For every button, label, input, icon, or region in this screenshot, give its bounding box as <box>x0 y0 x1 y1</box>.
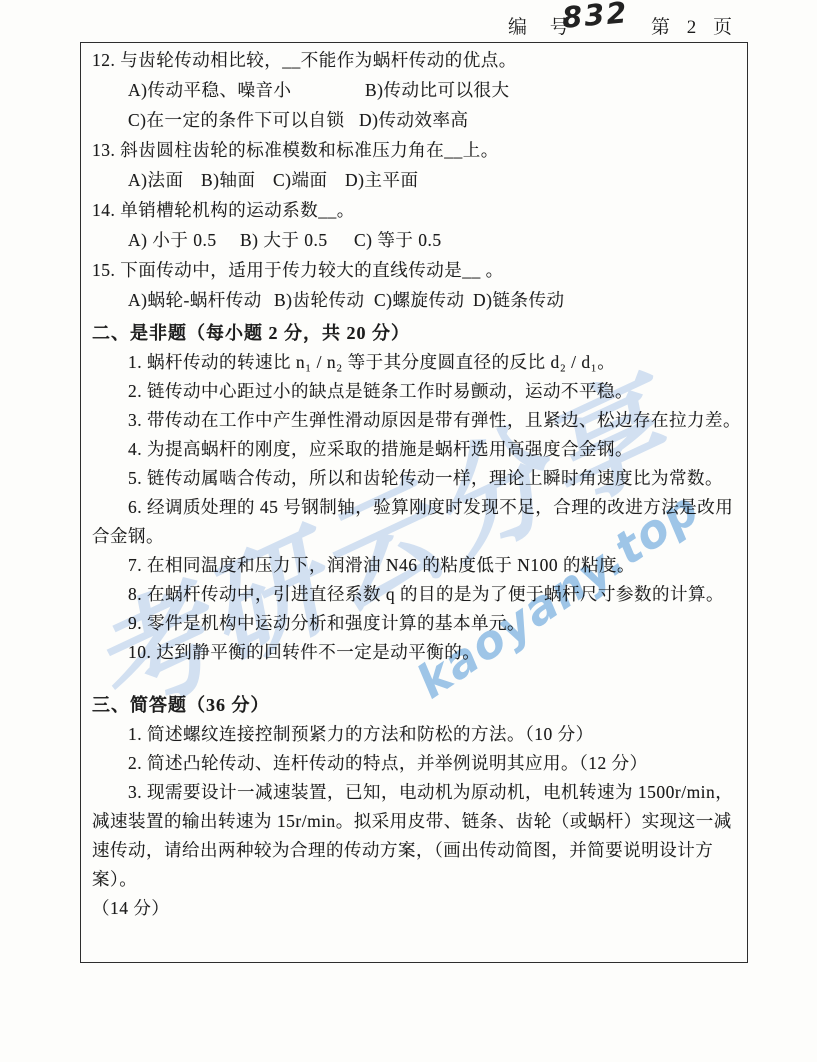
short-answer-block: 三、简答题（36 分） 1. 简述螺纹连接控制预紧力的方法和防松的方法。（10 … <box>92 691 742 923</box>
tf-item-8: 8. 在蜗杆传动中，引进直径系数 q 的目的是为了便于蜗杆尺寸参数的计算。 <box>92 580 742 609</box>
multiple-choice-block: 12. 与齿轮传动相比较，__不能作为蜗杆传动的优点。 A)传动平稳、噪音小B)… <box>92 45 742 315</box>
header-page-number: 第 2 页 <box>651 12 738 39</box>
sa-item-1: 1. 简述螺纹连接控制预紧力的方法和防松的方法。（10 分） <box>92 720 742 749</box>
question-14-stem: 14. 单销槽轮机构的运动系数__。 <box>92 195 742 225</box>
exam-content: 12. 与齿轮传动相比较，__不能作为蜗杆传动的优点。 A)传动平稳、噪音小B)… <box>92 45 742 923</box>
option-15-d: D)链条传动 <box>473 285 564 315</box>
option-13-a: A)法面 <box>128 165 201 195</box>
tf-item-1: 1. 蜗杆传动的转速比 n₁ / n₂ 等于其分度圆直径的反比 d₂ / d₁。 <box>92 348 742 377</box>
question-12-options-row-2: C)在一定的条件下可以自锁D)传动效率高 <box>92 105 742 135</box>
tf-item-9: 9. 零件是机构中运动分析和强度计算的基本单元。 <box>92 609 742 638</box>
option-15-b: B)齿轮传动 <box>274 285 374 315</box>
question-13-stem: 13. 斜齿圆柱齿轮的标准模数和标准压力角在__上。 <box>92 135 742 165</box>
question-13-options-row: A)法面B)轴面C)端面D)主平面 <box>92 165 742 195</box>
tf-section-title: 二、是非题（每小题 2 分，共 20 分） <box>92 319 742 348</box>
option-13-b: B)轴面 <box>201 165 273 195</box>
tf-item-4: 4. 为提高蜗杆的刚度，应采取的措施是蜗杆选用高强度合金钢。 <box>92 435 742 464</box>
option-12-c: C)在一定的条件下可以自锁 <box>128 105 359 135</box>
option-12-d: D)传动效率高 <box>359 105 468 135</box>
question-12-options-row-1: A)传动平稳、噪音小B)传动比可以很大 <box>92 75 742 105</box>
sa-item-2: 2. 简述凸轮传动、连杆传动的特点，并举例说明其应用。（12 分） <box>92 749 742 778</box>
sa-item-3-line-2: 减速装置的输出转速为 15r/min。拟采用皮带、链条、齿轮（或蜗杆）实现这一减 <box>92 807 742 836</box>
header-code-value-handwritten: 832 <box>561 0 630 35</box>
tf-item-2: 2. 链传动中心距过小的缺点是链条工作时易颤动，运动不平稳。 <box>92 377 742 406</box>
true-false-block: 二、是非题（每小题 2 分，共 20 分） 1. 蜗杆传动的转速比 n₁ / n… <box>92 319 742 667</box>
tf-item-3: 3. 带传动在工作中产生弹性滑动原因是带有弹性，且紧边、松边存在拉力差。 <box>92 406 742 435</box>
sa-section-title: 三、简答题（36 分） <box>92 691 742 720</box>
question-12-stem: 12. 与齿轮传动相比较，__不能作为蜗杆传动的优点。 <box>92 45 742 75</box>
option-14-b: B) 大于 0.5 <box>240 225 354 255</box>
question-14-options-row: A) 小于 0.5B) 大于 0.5C) 等于 0.5 <box>92 225 742 255</box>
sa-item-3-line-4: （14 分） <box>92 894 742 923</box>
exam-page: 编 号 832 第 2 页 12. 与齿轮传动相比较，__不能作为蜗杆传动的优点… <box>0 0 817 1062</box>
tf-item-7: 7. 在相同温度和压力下，润滑油 N46 的粘度低于 N100 的粘度。 <box>92 551 742 580</box>
option-15-c: C)螺旋传动 <box>374 285 473 315</box>
sa-item-3-line-3: 速传动，请给出两种较为合理的传动方案，（画出传动简图，并简要说明设计方案）。 <box>92 836 742 894</box>
tf-item-5: 5. 链传动属啮合传动，所以和齿轮传动一样，理论上瞬时角速度比为常数。 <box>92 464 742 493</box>
tf-item-6-line-2: 合金钢。 <box>92 522 742 551</box>
option-14-c: C) 等于 0.5 <box>354 225 442 255</box>
option-14-a: A) 小于 0.5 <box>128 225 240 255</box>
tf-item-10: 10. 达到静平衡的回转件不一定是动平衡的。 <box>92 638 742 667</box>
option-12-a: A)传动平稳、噪音小 <box>128 75 365 105</box>
option-13-d: D)主平面 <box>345 165 418 195</box>
question-15-stem: 15. 下面传动中，适用于传力较大的直线传动是__ 。 <box>92 255 742 285</box>
tf-item-6-line-1: 6. 经调质处理的 45 号钢制轴，验算刚度时发现不足，合理的改进方法是改用 <box>92 493 742 522</box>
question-15-options-row: A)蜗轮-蜗杆传动B)齿轮传动C)螺旋传动D)链条传动 <box>92 285 742 315</box>
sa-item-3-line-1: 3. 现需要设计一减速装置，已知，电动机为原动机，电机转速为 1500r/min… <box>92 778 742 807</box>
option-12-b: B)传动比可以很大 <box>365 75 510 105</box>
option-13-c: C)端面 <box>273 165 345 195</box>
option-15-a: A)蜗轮-蜗杆传动 <box>128 285 274 315</box>
